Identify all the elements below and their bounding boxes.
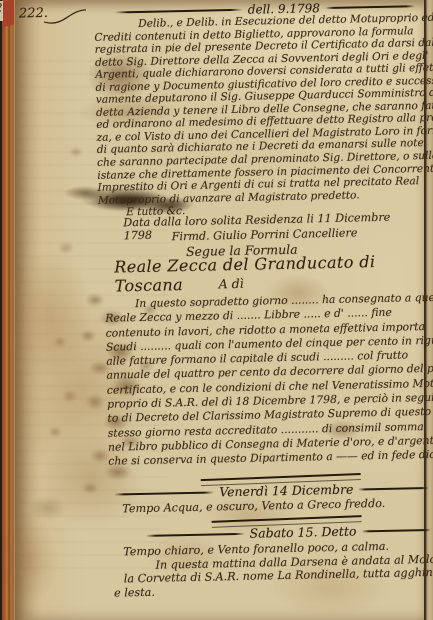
diary-heading-text: Venerdì 14 Dicembre [219,482,353,500]
deliberation-paragraph: Delib., e Delib. in Esecuzione del detto… [94,12,424,220]
heading-rule-left [114,491,214,495]
manuscript-scan: 2 222. dell. 9.1798 Delib., e Delib. in … [0,0,433,620]
diary-entry-saturday: Tempo chiaro, e Vento foranello poco, a … [123,538,433,599]
chancellor-signature: Firmd. Giulio Porrini Cancelliere [172,226,358,243]
folio-flourish [43,8,87,25]
header-rule-left [115,9,243,14]
formula-subtitle: A dì [219,276,244,292]
heading-rule-left [146,532,245,536]
heading-rule-right [361,528,430,531]
heading-rule-right [358,486,429,489]
formula-title: Reale Zecca del Granducato di Toscana [114,251,424,295]
diary-heading-text: Sabato 15. Detto [249,524,356,541]
handwritten-ink-layer: 222. dell. 9.1798 Delib., e Delib. in Es… [9,0,431,620]
header-rule-right [325,5,415,9]
formula-paragraph: In questo sopradetto giorno ........ ha … [105,291,433,469]
